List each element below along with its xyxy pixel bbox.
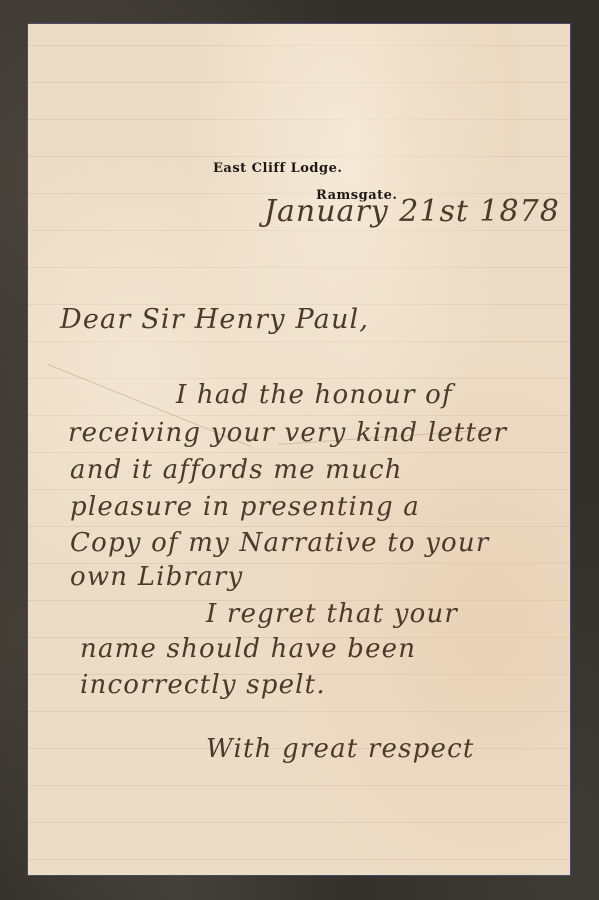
body-line: own Library [70, 562, 243, 592]
body-line: receiving your very kind letter [68, 418, 507, 448]
letter-paper: East Cliff Lodge. Ramsgate. January 21st… [27, 23, 571, 876]
letterhead-name: East Cliff Lodge. [213, 161, 342, 176]
body-line: and it affords me much [70, 455, 403, 485]
body-line: Copy of my Narrative to your [70, 528, 490, 558]
body-line: pleasure in presenting a [70, 492, 420, 522]
closing: With great respect [206, 734, 475, 764]
body-line: incorrectly spelt. [80, 670, 326, 700]
body-line: I regret that your [206, 599, 458, 629]
salutation: Dear Sir Henry Paul, [60, 304, 369, 335]
body-line: I had the honour of [176, 380, 453, 410]
letter-date: January 21st 1878 [264, 194, 560, 229]
body-line: name should have been [80, 634, 416, 664]
